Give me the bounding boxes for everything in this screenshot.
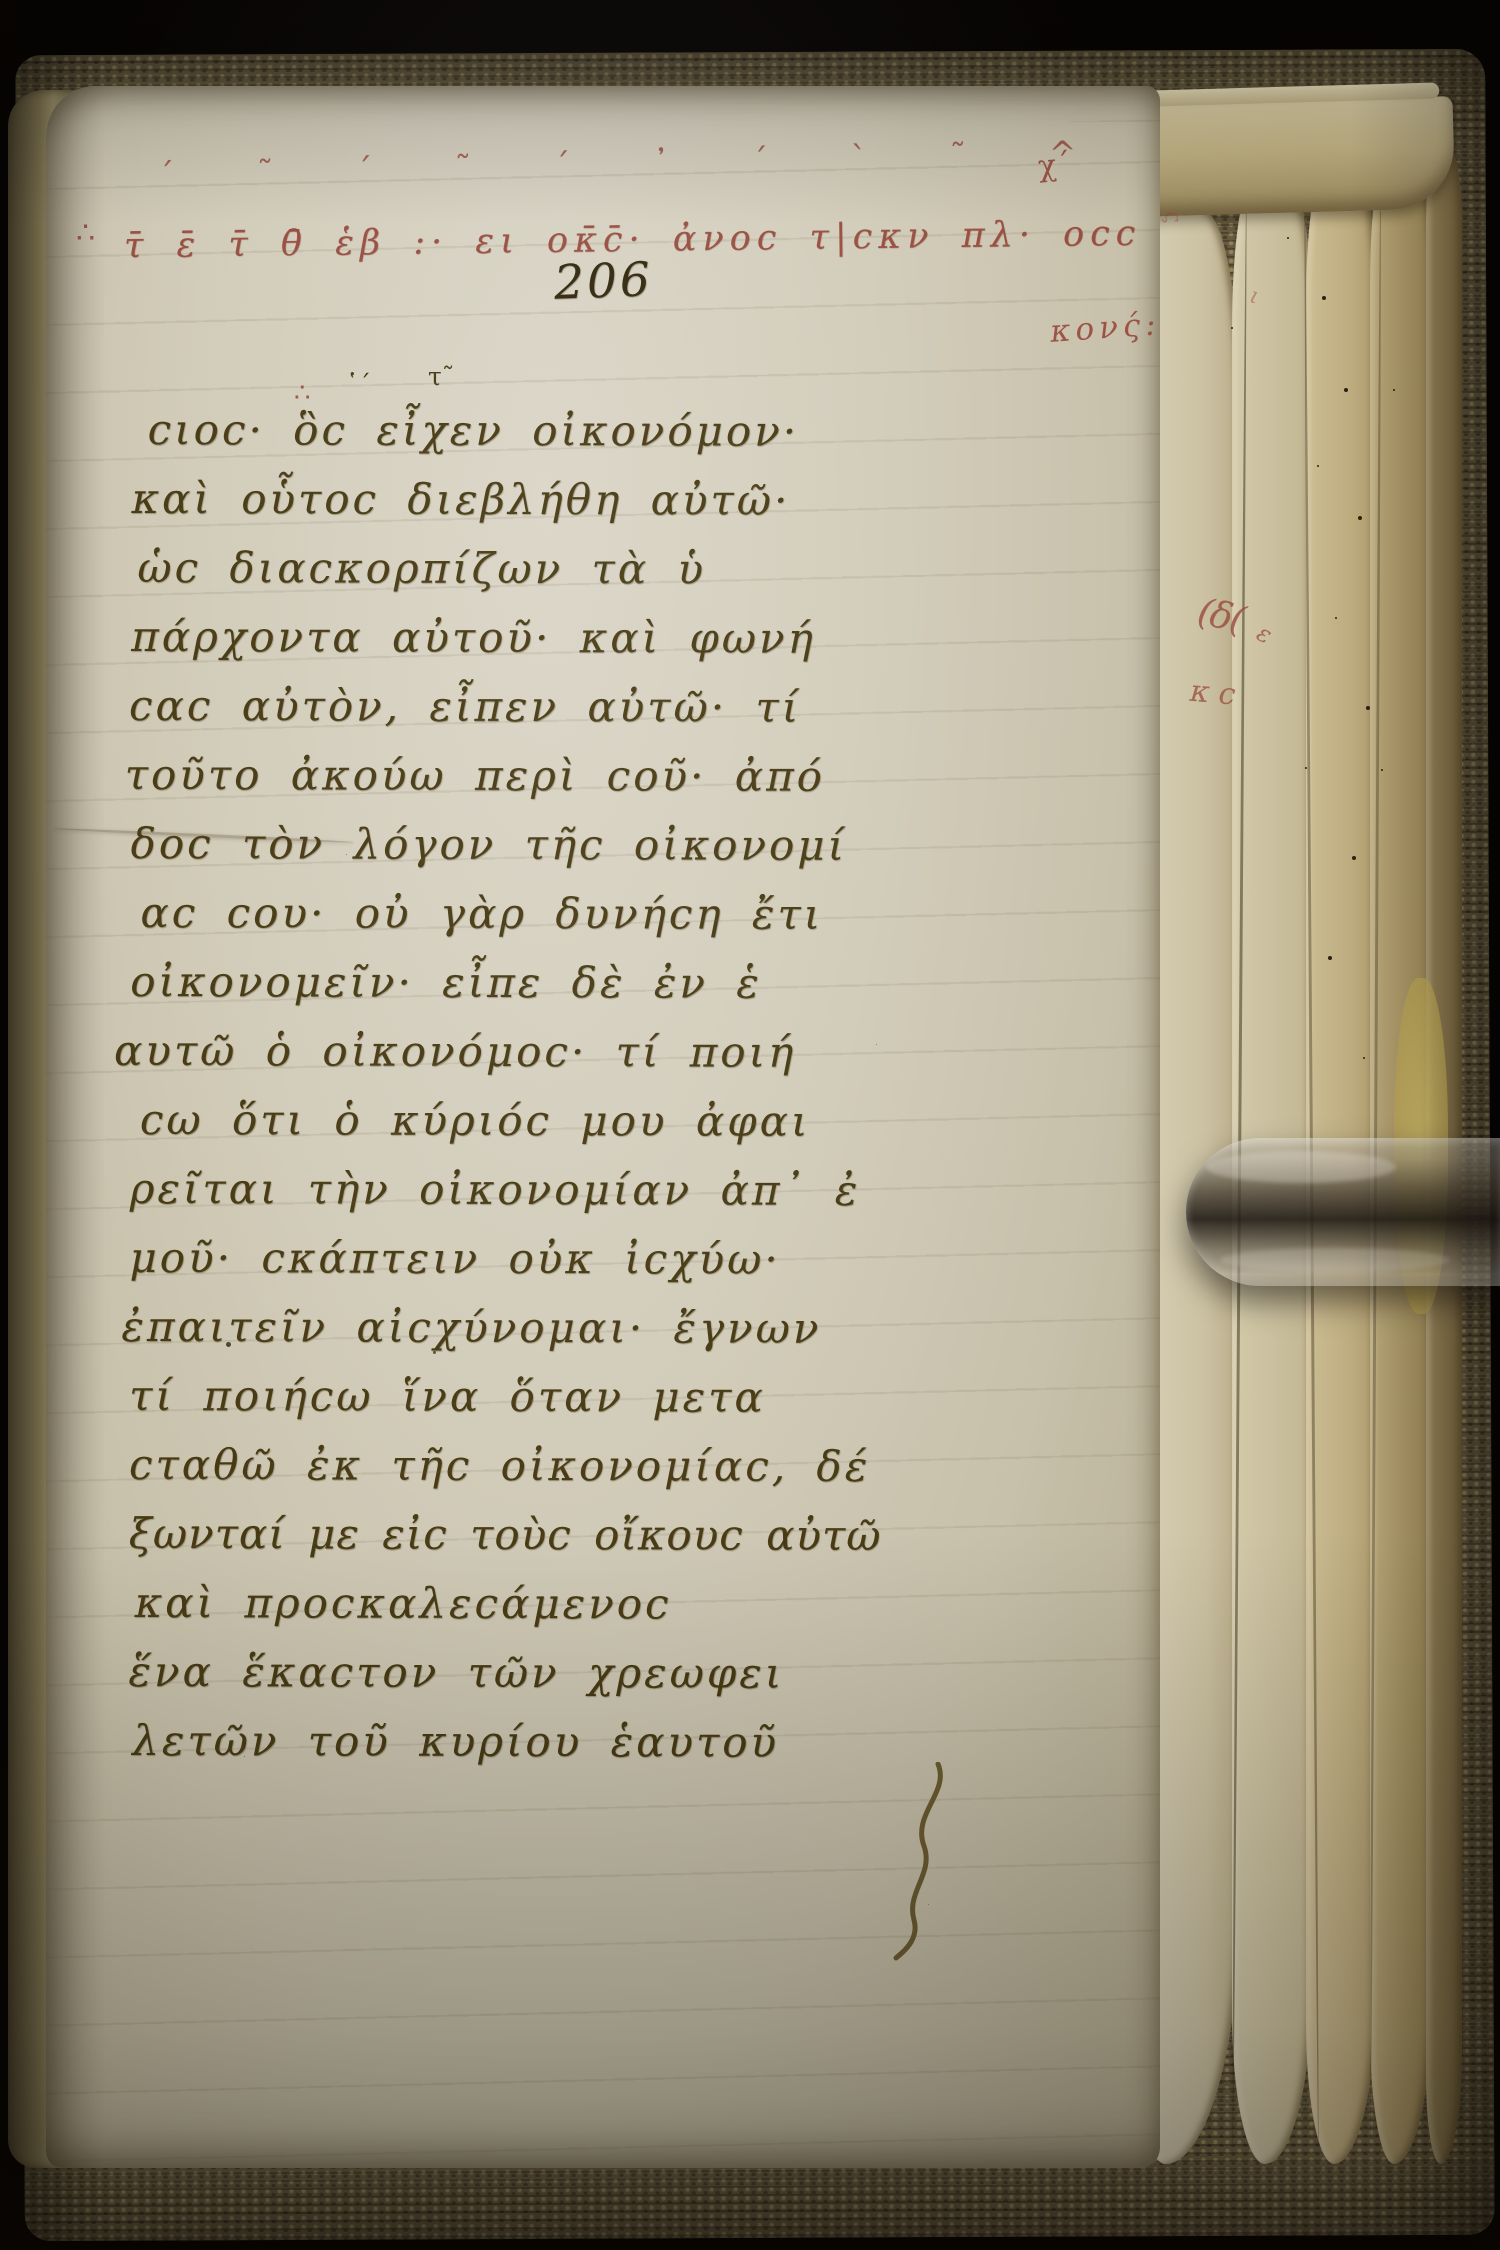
end-flourish <box>892 1762 952 1962</box>
lection-mark: τ῀ <box>428 362 454 391</box>
ink-specks <box>226 1342 231 1347</box>
manuscript-text-line: τοῦτο ἀκούω περὶ ϲοῦ· ἀπό <box>125 740 884 811</box>
manuscript-text-line: λετῶν τοῦ κυρίου ἑαυτοῦ <box>132 1706 881 1777</box>
manuscript-text-line: καὶ οὗτοϲ διεβλήθη αὐτῶ· <box>131 464 884 535</box>
rubric-accents-row: ´ ῀ ´ ῀ ´ ᾿ ´ ` ῀ ^ <box>158 132 1113 194</box>
manuscript-text-line: αϲ ϲου· οὐ γὰρ δυνήϲη ἔτι <box>140 878 883 949</box>
manuscript-text-line: ϲιοϲ· ὃϲ εἶχεν οἰκονόμον· <box>148 395 885 466</box>
edge-note-kappa-sigma: κϲ <box>1189 674 1246 714</box>
manuscript-text-line: τί ποιήϲω ἵνα ὅταν μετα <box>129 1361 882 1432</box>
corner-note: κονς́: <box>1049 306 1162 350</box>
manuscript-text-line: ϲταθῶ ἐκ τῆϲ οἰκονομίαϲ, δέ <box>129 1430 882 1501</box>
manuscript-text-line: ξωνταί με εἰϲ τοὺϲ οἴκουϲ αὐτῶ <box>129 1499 882 1570</box>
parchment-page: ∴ ´ ῀ ´ ῀ ´ ᾿ ´ ` ῀ ^ τ̄ ε̄ τ̄ θ̄ ἑβ :· … <box>46 86 1160 2168</box>
wormhole-specks <box>1322 296 1326 300</box>
manuscript-text-line: αυτῶ ὁ οἰκονόμοϲ· τί ποιή <box>114 1016 883 1087</box>
manuscript-text-line: ϲαϲ αὐτὸν, εἶπεν αὐτῶ· τί <box>129 671 884 742</box>
manuscript-text-line: ὡϲ διαϲκορπίζων τὰ ὑ <box>137 533 884 604</box>
manuscript-text-line: οἰκονομεῖν· εἶπε δὲ ἐν ἑ <box>130 947 883 1018</box>
greek-text-block: ϲιοϲ· ὃϲ εἶχεν οἰκονόμον·καὶ οὗτοϲ διεβλ… <box>128 395 884 1777</box>
manuscript-text-line: ρεῖται τὴν οἰκονομίαν ἀπ᾽ ἐ <box>130 1154 883 1225</box>
manuscript-text-line: ϲω ὅτι ὁ κύριόϲ μου ἀφαι <box>140 1085 883 1156</box>
manuscript-text-line: δοϲ τὸν λόγον τῆϲ οἰκονομί <box>131 809 884 880</box>
manuscript-photo: ∴ ´ ῀ ´ ῀ ´ ᾿ ´ ` ῀ ^ τ̄ ε̄ τ̄ θ̄ ἑβ :· … <box>0 0 1500 2250</box>
manuscript-text-line: καὶ προϲκαλεϲάμενοϲ <box>135 1568 882 1639</box>
manuscript-text-line: μοῦ· ϲκάπτειν οὐκ ἰϲχύω· <box>129 1223 882 1294</box>
folio-number: 206 <box>553 252 654 310</box>
rubric-superscript-chi: χ´ <box>1036 146 1073 184</box>
glass-page-weight <box>1186 1138 1500 1286</box>
manuscript-text-line: πάρχοντα αὐτοῦ· καὶ φωνή <box>131 602 884 673</box>
rubric-prefix-dots: ∴ <box>76 216 97 251</box>
manuscript-text-line: ἕνα ἕκαϲτον τῶν χρεωφει <box>128 1637 881 1708</box>
manuscript-text-line: ἐπαιτεῖν αἰϲχύνομαι· ἔγνων <box>121 1292 882 1363</box>
